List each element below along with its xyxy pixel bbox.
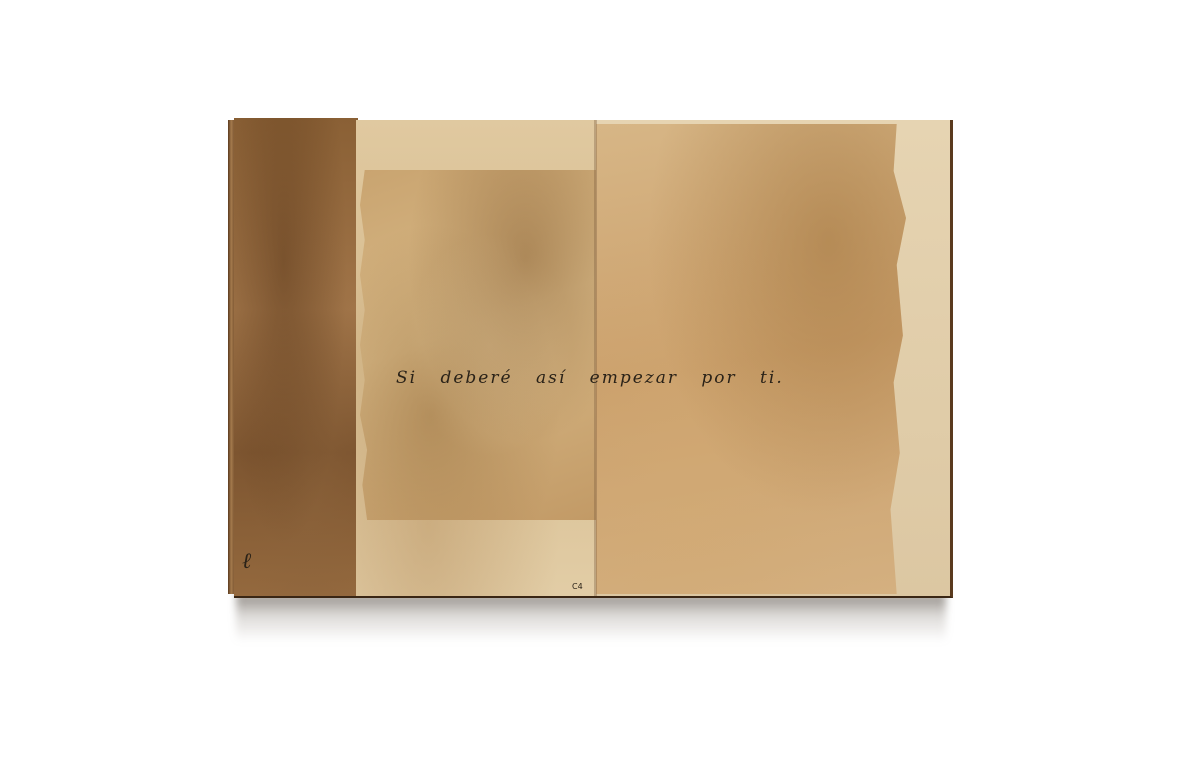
torn-paper-sheet (360, 170, 596, 520)
handwritten-phrase: Si deberé así empezar por ti. (396, 368, 784, 388)
page-mark: C4 (572, 582, 583, 591)
book-shadow (236, 594, 946, 642)
page-gutter (594, 120, 597, 596)
artist-signature: ℓ (242, 548, 251, 574)
open-book: ℓ Si deberé así empezar por ti. C4 (228, 118, 950, 596)
right-stained-sheet (596, 124, 906, 594)
stained-left-strip: ℓ (234, 118, 358, 598)
